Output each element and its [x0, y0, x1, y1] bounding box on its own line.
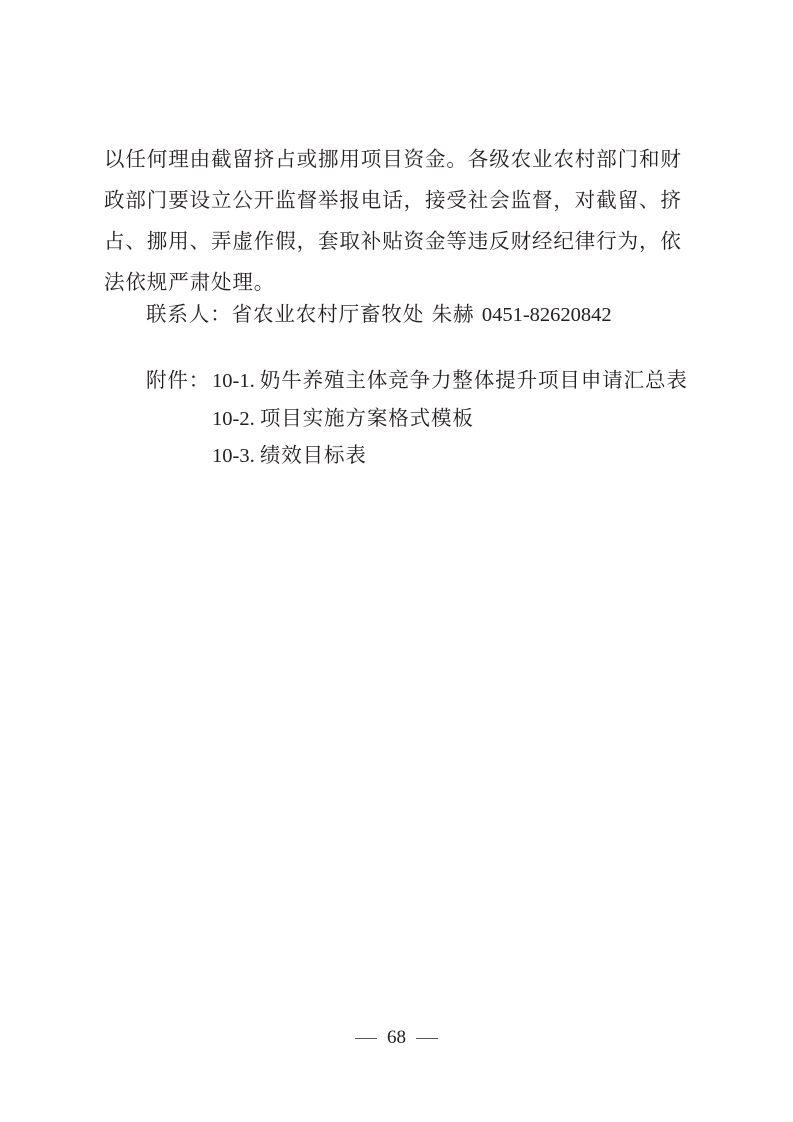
contact-department: 省农业农村厅畜牧处 朱赫	[232, 302, 482, 326]
paragraph-line-2: 政部门要设立公开监督举报电话，接受社会监督，对截留、挤	[104, 183, 682, 213]
attachment-item: 10-1. 奶牛养殖主体竞争力整体提升项目申请汇总表	[212, 363, 688, 393]
attachment-title: 绩效目标表	[260, 443, 367, 467]
attachment-item: 10-3. 绩效目标表	[212, 438, 367, 468]
paragraph-line-4: 法依规严肃处理。	[104, 265, 275, 295]
contact-phone: 0451-82620842	[482, 304, 612, 326]
dash-left	[355, 1038, 377, 1040]
attachment-item: 10-2. 项目实施方案格式模板	[212, 401, 474, 431]
attachment-number: 10-3.	[212, 445, 260, 467]
paragraph-line-3: 占、挪用、弄虚作假，套取补贴资金等违反财经纪律行为，依	[104, 224, 682, 254]
attachment-number: 10-1.	[212, 370, 260, 392]
paragraph-line-1: 以任何理由截留挤占或挪用项目资金。各级农业农村部门和财	[104, 142, 682, 172]
attachment-number: 10-2.	[212, 408, 260, 430]
dash-right	[416, 1038, 438, 1040]
page-number: 68	[387, 1027, 406, 1048]
attachment-title: 奶牛养殖主体竞争力整体提升项目申请汇总表	[260, 368, 688, 392]
contact-line: 联系人：省农业农村厅畜牧处 朱赫 0451-82620842	[146, 297, 612, 327]
contact-label: 联系人：	[146, 302, 232, 326]
attachments-label: 附件：	[146, 363, 210, 393]
page-footer: 68	[0, 1027, 793, 1049]
attachment-title: 项目实施方案格式模板	[260, 406, 474, 430]
